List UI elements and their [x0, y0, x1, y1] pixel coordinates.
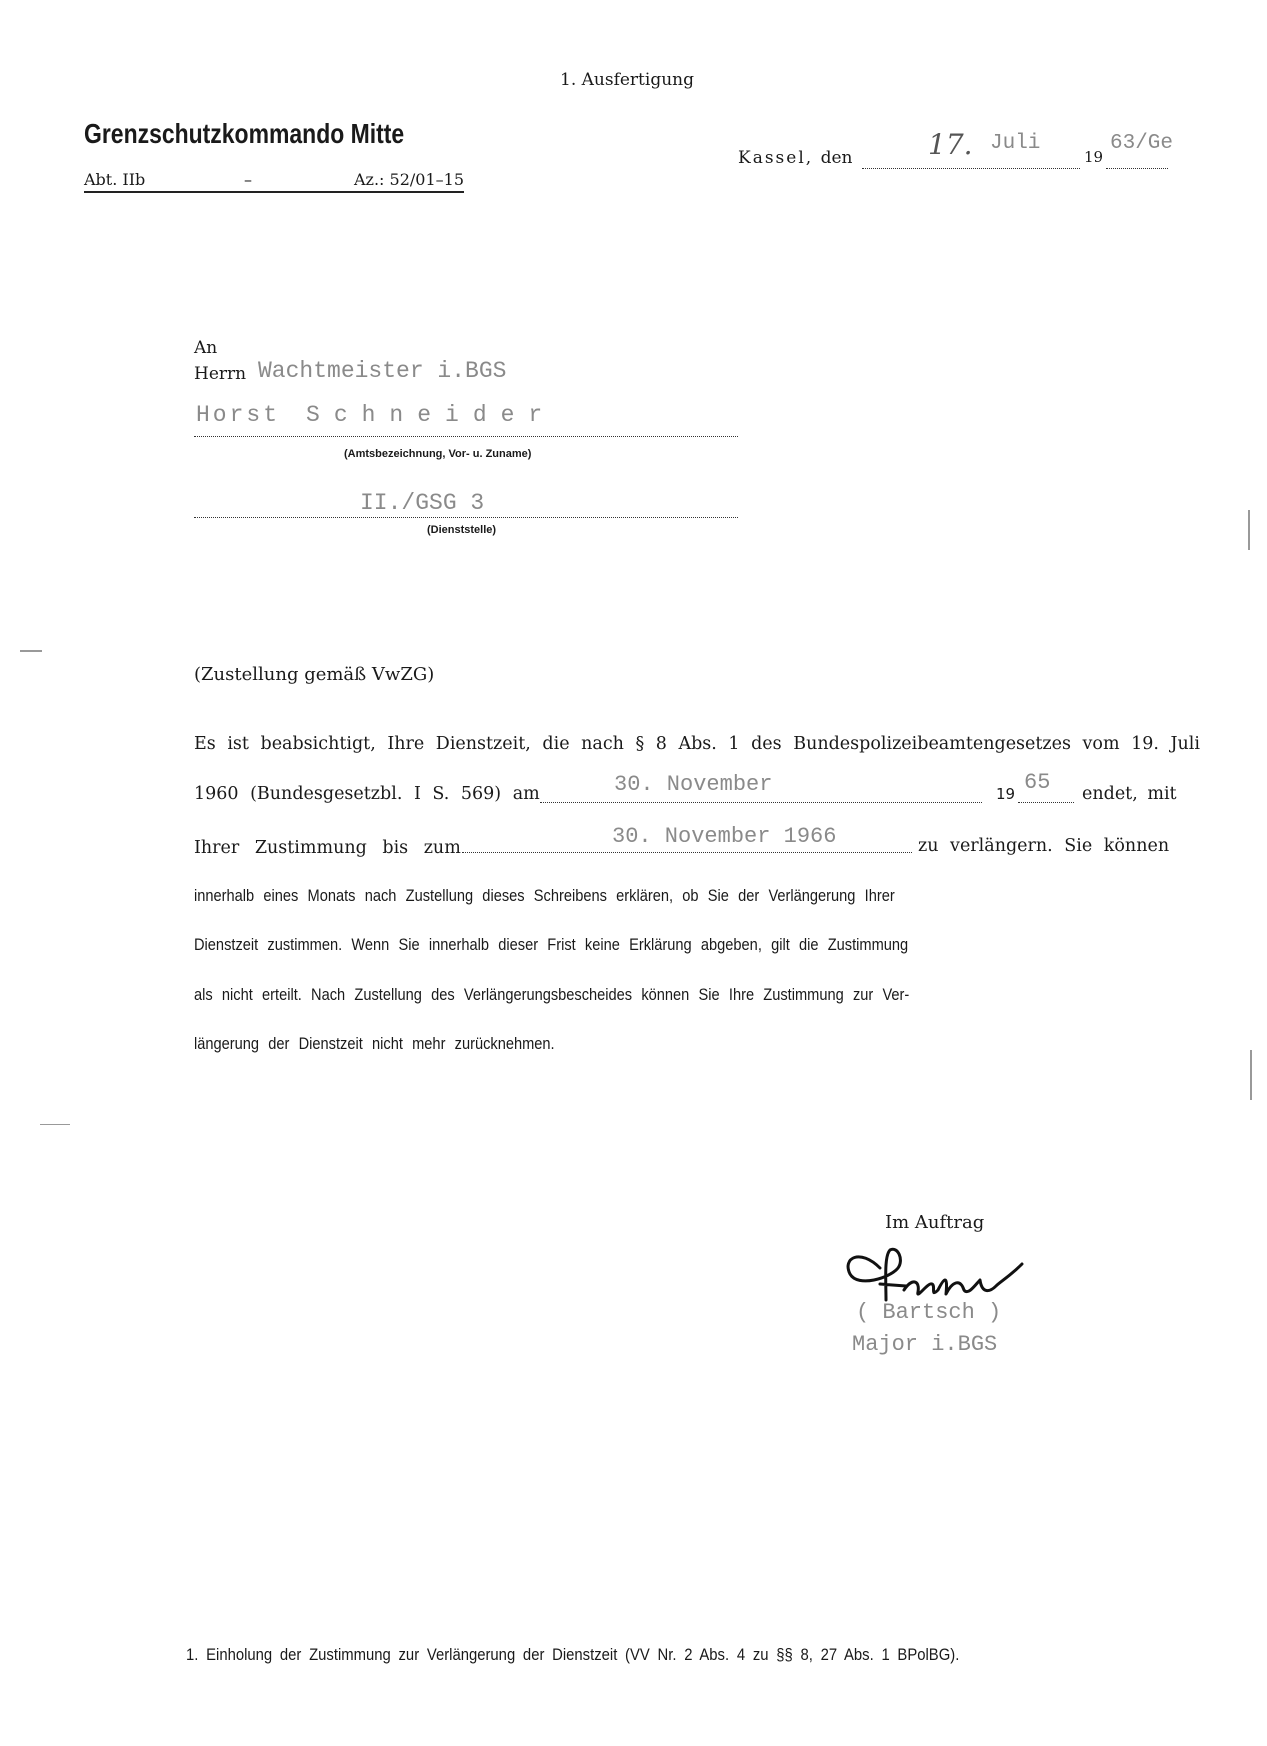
delivery-note: (Zustellung gemäß VwZG) [194, 664, 434, 685]
recipient-salutation: Herrn [194, 364, 246, 384]
body-line-7: längerung der Dienstzeit nicht mehr zurü… [194, 1034, 555, 1054]
end-year-dotted-line [1018, 802, 1074, 803]
signer-rank: Major i.BGS [852, 1332, 997, 1357]
scan-mark [1250, 1050, 1252, 1100]
body-line-3-prefix: Ihrer Zustimmung bis zum [194, 838, 461, 858]
body-line-1: Es ist beabsichtigt, Ihre Dienstzeit, di… [194, 734, 1200, 754]
body-line-2-prefix: 1960 (Bundesgesetzbl. I S. 569) am [194, 784, 540, 804]
recipient-last-name: Schneider [306, 402, 556, 428]
extension-date-dotted-line [462, 852, 912, 853]
date-month: Juli [990, 132, 1040, 155]
service-end-year: 65 [1024, 770, 1050, 795]
scan-mark [40, 1124, 70, 1125]
date-dotted-line [862, 168, 1080, 169]
unit-field-label: (Dienststelle) [427, 524, 496, 536]
end-date-dotted-line [540, 802, 982, 803]
separator-dash: – [244, 170, 252, 189]
recipient-unit: II./GSG 3 [360, 490, 484, 516]
footnote: 1. Einholung der Zustimmung zur Verlänge… [186, 1646, 959, 1665]
im-auftrag-label: Im Auftrag [885, 1212, 984, 1233]
organization-letterhead: Grenzschutzkommando Mitte [84, 118, 404, 150]
body-line-4: innerhalb eines Monats nach Zustellung d… [194, 886, 895, 906]
department: Abt. IIb [84, 170, 145, 189]
file-reference: Az.: 52/01–15 [354, 170, 464, 189]
place-label: Kassel, den [738, 148, 853, 168]
scan-mark [20, 650, 42, 652]
extension-date: 30. November 1966 [612, 824, 836, 849]
recipient-first-name: Horst [196, 402, 280, 428]
service-end-century: 19 [996, 785, 1015, 803]
body-line-6: als nicht erteilt. Nach Zustellung des V… [194, 985, 909, 1005]
copy-note: 1. Ausfertigung [560, 70, 694, 90]
date-century: 19 [1084, 148, 1103, 166]
service-end-date: 30. November [614, 772, 772, 797]
name-field-label: (Amtsbezeichnung, Vor- u. Zuname) [344, 448, 531, 460]
name-dotted-line [194, 436, 738, 437]
date-day-handwritten: 17. [928, 128, 973, 161]
year-dotted-line [1106, 168, 1168, 169]
unit-dotted-line [194, 517, 738, 518]
recipient-an: An [194, 338, 217, 358]
scan-mark [1248, 510, 1250, 550]
department-reference-line: Abt. IIb – Az.: 52/01–15 [84, 170, 464, 193]
body-line-2-suffix: endet, mit [1082, 784, 1177, 804]
date-year: 63/Ge [1110, 132, 1173, 155]
recipient-rank: Wachtmeister i.BGS [258, 358, 506, 384]
body-line-3-suffix: zu verlängern. Sie können [918, 836, 1169, 856]
signer-name: ( Bartsch ) [856, 1300, 1001, 1325]
body-line-5: Dienstzeit zustimmen. Wenn Sie innerhalb… [194, 935, 908, 955]
recipient-name: HorstSchneider [196, 402, 556, 428]
